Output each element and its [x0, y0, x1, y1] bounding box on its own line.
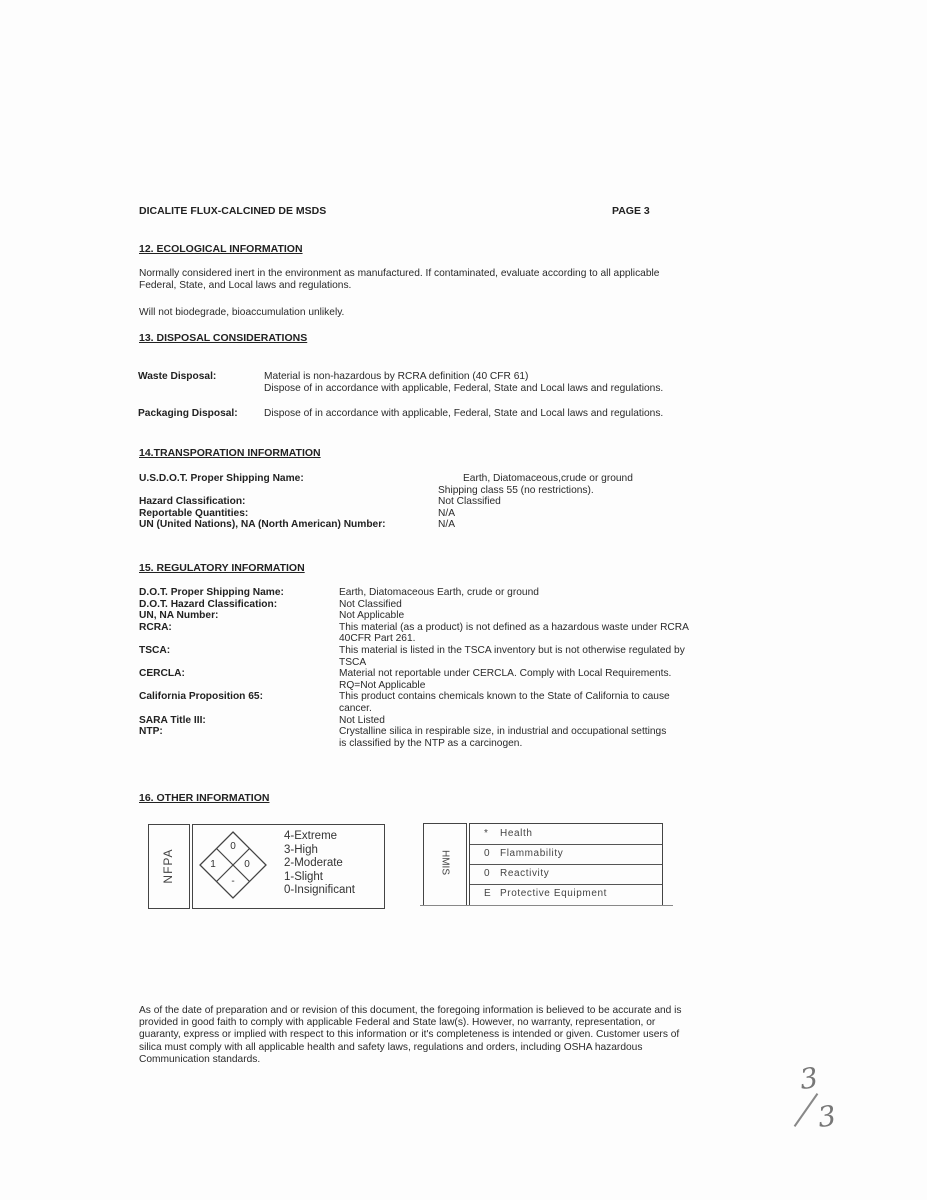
scale-extreme: 4-Extreme — [284, 830, 355, 844]
sara-value: Not Listed — [339, 715, 689, 727]
handwritten-slash — [794, 1093, 819, 1127]
ntp-label: NTP: — [139, 726, 284, 738]
hmis-row-reactivity: 0 Reactivity — [470, 864, 662, 885]
rcra-label: RCRA: — [139, 622, 284, 634]
cercla-value-2: RQ=Not Applicable — [339, 680, 689, 692]
hmis-label: HMIS — [440, 836, 451, 890]
hmis-reactivity-value: 0 — [484, 864, 490, 884]
hmis-ppe-label: Protective Equipment — [500, 884, 607, 904]
hmis-health-value: * — [484, 824, 489, 844]
packaging-disposal-label: Packaging Disposal: — [138, 408, 238, 420]
nfpa-flammability-value: 0 — [226, 841, 240, 852]
nfpa-reactivity-value: 0 — [240, 859, 254, 870]
handwritten-page-numerator: 3 — [798, 1061, 820, 1096]
tsca-label: TSCA: — [139, 645, 284, 657]
nfpa-diamond-box: 0 1 0 - 4-Extreme 3-High 2-Moderate 1-Sl… — [192, 824, 385, 909]
ecological-line-1: Normally considered inert in the environ… — [139, 268, 659, 280]
usdot-shipping-name-value: Earth, Diatomaceous,crude or ground — [438, 473, 633, 485]
dot-hazard-classification-label: D.O.T. Hazard Classification: — [139, 599, 284, 611]
scale-insignificant: 0-Insignificant — [284, 884, 355, 898]
handwritten-page-denominator: 3 — [816, 1099, 838, 1134]
hmis-table: * Health 0 Flammability 0 Reactivity E P… — [469, 823, 663, 906]
biodegrade-note: Will not biodegrade, bioaccumulation unl… — [139, 307, 344, 319]
waste-disposal-line-2: Dispose of in accordance with applicable… — [264, 383, 663, 395]
hazard-classification-value: Not Classified — [438, 496, 633, 508]
hmis-row-protective-equipment: E Protective Equipment — [470, 884, 662, 904]
ntp-value-2: is classified by the NTP as a carcinogen… — [339, 738, 689, 750]
hmis-underline — [420, 905, 673, 906]
disclaimer-line: provided in good faith to comply with ap… — [139, 1017, 682, 1029]
hazard-classification-label: Hazard Classification: — [139, 496, 386, 508]
sara-label: SARA Title III: — [139, 715, 284, 727]
tsca-value-2: TSCA — [339, 657, 689, 669]
section-15-title: 15. REGULATORY INFORMATION — [139, 562, 305, 574]
packaging-disposal-value: Dispose of in accordance with applicable… — [264, 408, 663, 420]
dot-shipping-name-label: D.O.T. Proper Shipping Name: — [139, 587, 284, 599]
un-na-number-label: UN (United Nations), NA (North American)… — [139, 519, 386, 531]
hmis-label-box: HMIS — [423, 823, 467, 906]
cercla-value-1: Material not reportable under CERCLA. Co… — [339, 668, 689, 680]
regulatory-labels: D.O.T. Proper Shipping Name: D.O.T. Haza… — [139, 587, 284, 738]
disclaimer-line: As of the date of preparation and or rev… — [139, 1005, 682, 1017]
dot-shipping-name-value: Earth, Diatomaceous Earth, crude or grou… — [339, 587, 689, 599]
hmis-flammability-value: 0 — [484, 844, 490, 864]
rcra-value-1: This material (as a product) is not defi… — [339, 622, 689, 634]
nfpa-label: NFPA — [161, 840, 175, 892]
section-14-title: 14.TRANSPORATION INFORMATION — [139, 447, 321, 459]
ntp-value-1: Crystalline silica in respirable size, i… — [339, 726, 689, 738]
transport-values: Earth, Diatomaceous,crude or ground Ship… — [438, 473, 633, 531]
waste-disposal-value: Material is non-hazardous by RCRA defini… — [264, 371, 663, 394]
hmis-row-health: * Health — [470, 824, 662, 845]
cercla-label: CERCLA: — [139, 668, 284, 680]
nfpa-scale: 4-Extreme 3-High 2-Moderate 1-Slight 0-I… — [284, 830, 355, 898]
waste-disposal-line-1: Material is non-hazardous by RCRA defini… — [264, 371, 663, 383]
page-number: PAGE 3 — [612, 205, 650, 217]
un-na-label: UN, NA Number: — [139, 610, 284, 622]
rcra-value-2: 40CFR Part 261. — [339, 633, 689, 645]
un-na-number-value: N/A — [438, 519, 633, 531]
tsca-value-1: This material is listed in the TSCA inve… — [339, 645, 689, 657]
waste-disposal-label: Waste Disposal: — [138, 371, 216, 383]
disclaimer-line: Communication standards. — [139, 1054, 682, 1066]
ecological-paragraph: Normally considered inert in the environ… — [139, 268, 659, 292]
usdot-shipping-name-label: U.S.D.O.T. Proper Shipping Name: — [139, 473, 386, 485]
prop65-value-2: cancer. — [339, 703, 689, 715]
hmis-flammability-label: Flammability — [500, 844, 563, 864]
hmis-ppe-value: E — [484, 884, 491, 904]
shipping-class-value: Shipping class 55 (no restrictions). — [438, 485, 633, 497]
scale-high: 3-High — [284, 844, 355, 858]
prop65-value-1: This product contains chemicals known to… — [339, 691, 689, 703]
un-na-value: Not Applicable — [339, 610, 689, 622]
scale-moderate: 2-Moderate — [284, 857, 355, 871]
section-13-title: 13. DISPOSAL CONSIDERATIONS — [139, 332, 307, 344]
nfpa-health-value: 1 — [206, 859, 220, 870]
scale-slight: 1-Slight — [284, 871, 355, 885]
regulatory-values: Earth, Diatomaceous Earth, crude or grou… — [339, 587, 689, 749]
section-16-title: 16. OTHER INFORMATION — [139, 792, 269, 804]
transport-labels: U.S.D.O.T. Proper Shipping Name: Hazard … — [139, 473, 386, 531]
prop65-label: California Proposition 65: — [139, 691, 284, 703]
disclaimer: As of the date of preparation and or rev… — [139, 1005, 682, 1066]
disclaimer-line: guaranty, express or implied with respec… — [139, 1029, 682, 1041]
document-title: DICALITE FLUX-CALCINED DE MSDS — [139, 205, 326, 217]
hmis-row-flammability: 0 Flammability — [470, 844, 662, 865]
hmis-reactivity-label: Reactivity — [500, 864, 549, 884]
ecological-line-2: Federal, State, and Local laws and regul… — [139, 280, 659, 292]
section-12-title: 12. ECOLOGICAL INFORMATION — [139, 243, 303, 255]
nfpa-special-value: - — [226, 876, 240, 887]
hmis-health-label: Health — [500, 824, 533, 844]
disclaimer-line: silica must comply with all applicable h… — [139, 1042, 682, 1054]
reportable-quantities-value: N/A — [438, 508, 633, 520]
reportable-quantities-label: Reportable Quantities: — [139, 508, 386, 520]
dot-hazard-classification-value: Not Classified — [339, 599, 689, 611]
nfpa-label-box: NFPA — [148, 824, 190, 909]
